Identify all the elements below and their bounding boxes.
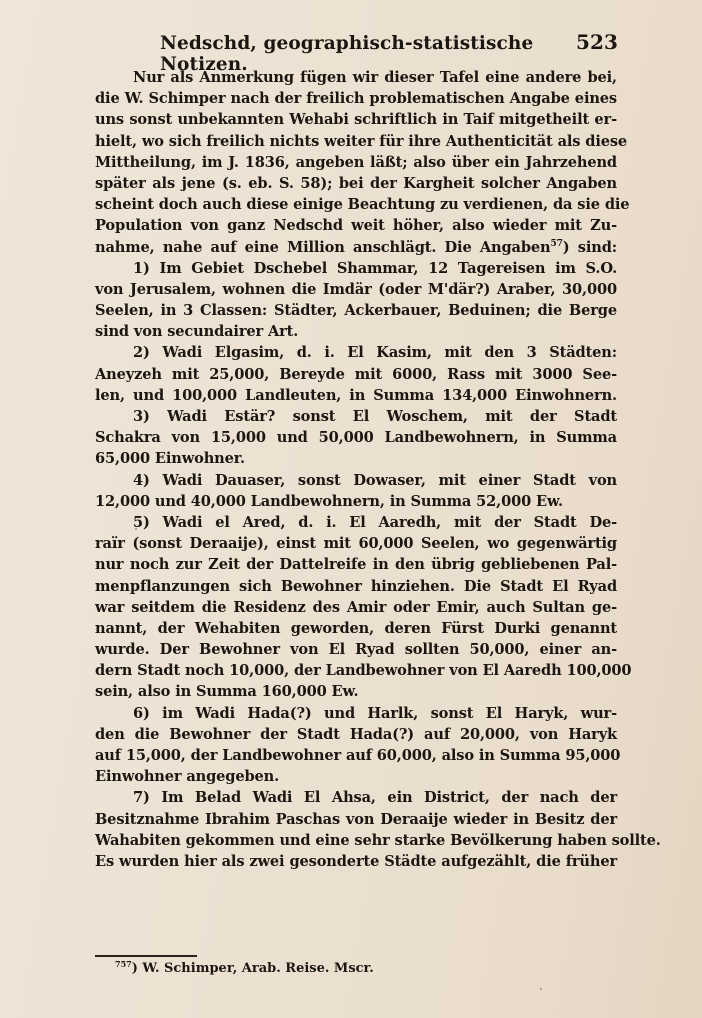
text-line: den die Bewohner der Stadt Hada(?) auf 2… [95,724,617,745]
text-line: nahme, nahe auf eine Million anschlägt. … [95,237,617,258]
text-line-content: menpflanzungen sich Bewohner hinziehen. … [95,578,617,595]
text-line-content: war seitdem die Residenz des Amir oder E… [95,599,617,616]
text-line-content: 4) Wadi Dauaser, sonst Dowaser, mit eine… [133,472,617,489]
text-line-content: nur noch zur Zeit der Dattelreife in den… [95,556,617,573]
footnote-reference: 57 [551,239,563,249]
text-line-content: auf 15,000, der Landbewohner auf 60,000,… [95,747,620,764]
text-line: Nur als Anmerkung fügen wir dieser Tafel… [95,67,617,88]
text-line-content: len, und 100,000 Landleuten, in Summa 13… [95,387,617,404]
text-line: sein, also in Summa 160,000 Ew. [95,681,617,702]
text-line-tail: ) sind: [563,239,617,256]
text-line-content: raïr (sonst Deraaije), einst mit 60,000 … [95,535,617,552]
text-line: Mittheilung, im J. 1836, angeben läßt; a… [95,152,617,173]
footnote: 757) W. Schimper, Arab. Reise. Mscr. [115,960,374,978]
text-line-content: 65,000 Einwohner. [95,450,245,467]
text-line: 2) Wadi Elgasim, d. i. El Kasim, mit den… [95,342,617,363]
text-line-content: hielt, wo sich freilich nichts weiter fü… [95,133,627,150]
text-line-content: Mittheilung, im J. 1836, angeben läßt; a… [95,154,617,171]
text-line: raïr (sonst Deraaije), einst mit 60,000 … [95,533,617,554]
page-number: 523 [576,30,618,54]
text-line-content: Nur als Anmerkung fügen wir dieser Tafel… [133,69,617,86]
text-line: dern Stadt noch 10,000, der Landbewohner… [95,660,617,681]
text-line-content: 5) Wadi el Ared, d. i. El Aaredh, mit de… [133,514,617,531]
text-line: Es wurden hier als zwei gesonderte Städt… [95,851,617,872]
text-line-content: später als jene (s. eb. S. 58); bei der … [95,175,617,192]
text-line: wurde. Der Bewohner von El Ryad sollten … [95,639,617,660]
text-line: hielt, wo sich freilich nichts weiter fü… [95,131,617,152]
text-line: nur noch zur Zeit der Dattelreife in den… [95,554,617,575]
text-line: 7) Im Belad Wadi El Ahsa, ein District, … [95,787,617,808]
text-line-content: Seelen, in 3 Classen: Städter, Ackerbaue… [95,302,617,319]
text-line-content: Einwohner angegeben. [95,768,279,785]
text-line: Einwohner angegeben. [95,766,617,787]
text-line: Seelen, in 3 Classen: Städter, Ackerbaue… [95,300,617,321]
text-line-content: nannt, der Wehabiten geworden, deren Für… [95,620,617,637]
paper-speck [224,66,225,67]
text-line-content: 6) im Wadi Hada(?) und Harlk, sonst El H… [133,705,617,722]
text-line: Aneyzeh mit 25,000, Bereyde mit 6000, Ra… [95,364,617,385]
text-line-content: Aneyzeh mit 25,000, Bereyde mit 6000, Ra… [95,366,617,383]
paper-speck [540,988,542,990]
text-line-content: von Jerusalem, wohnen die Imdär (oder M'… [95,281,617,298]
text-line-content: 1) Im Gebiet Dschebel Shammar, 12 Tagere… [133,260,617,277]
text-line: von Jerusalem, wohnen die Imdär (oder M'… [95,279,617,300]
text-line-content: 7) Im Belad Wadi El Ahsa, ein District, … [133,789,617,806]
text-line-content: sind von secundairer Art. [95,323,298,340]
text-line: 1) Im Gebiet Dschebel Shammar, 12 Tagere… [95,258,617,279]
text-line-content: 2) Wadi Elgasim, d. i. El Kasim, mit den… [133,344,617,361]
footnote-divider [95,955,197,957]
text-line: 6) im Wadi Hada(?) und Harlk, sonst El H… [95,703,617,724]
text-line: sind von secundairer Art. [95,321,617,342]
text-line: später als jene (s. eb. S. 58); bei der … [95,173,617,194]
text-line-content: Es wurden hier als zwei gesonderte Städt… [95,853,617,870]
text-line: Besitznahme Ibrahim Paschas von Deraaije… [95,809,617,830]
text-line: uns sonst unbekannten Wehabi schriftlich… [95,109,617,130]
text-line-content: dern Stadt noch 10,000, der Landbewohner… [95,662,631,679]
text-line-content: 12,000 und 40,000 Landbewohnern, in Summ… [95,493,563,510]
text-line: war seitdem die Residenz des Amir oder E… [95,597,617,618]
text-line-content: den die Bewohner der Stadt Hada(?) auf 2… [95,726,617,743]
text-line: len, und 100,000 Landleuten, in Summa 13… [95,385,617,406]
text-line-content: uns sonst unbekannten Wehabi schriftlich… [95,111,617,128]
text-line-content: die W. Schimper nach der freilich proble… [95,90,617,107]
paper-speck [135,528,137,530]
text-line: Schakra von 15,000 und 50,000 Landbewohn… [95,427,617,448]
text-line-content: Besitznahme Ibrahim Paschas von Deraaije… [95,811,617,828]
text-line: Wahabiten gekommen und eine sehr starke … [95,830,617,851]
text-line-content: 3) Wadi Estär? sonst El Woschem, mit der… [133,408,617,425]
text-line-content: nahme, nahe auf eine Million anschlägt. … [95,239,551,256]
body-text: Nur als Anmerkung fügen wir dieser Tafel… [95,67,617,872]
text-line: 65,000 Einwohner. [95,448,617,469]
text-line-content: sein, also in Summa 160,000 Ew. [95,683,358,700]
text-line: nannt, der Wehabiten geworden, deren Für… [95,618,617,639]
text-line: auf 15,000, der Landbewohner auf 60,000,… [95,745,617,766]
text-line: 4) Wadi Dauaser, sonst Dowaser, mit eine… [95,470,617,491]
text-line: 3) Wadi Estär? sonst El Woschem, mit der… [95,406,617,427]
text-line-content: scheint doch auch diese einige Beachtung… [95,196,629,213]
text-line: 5) Wadi el Ared, d. i. El Aaredh, mit de… [95,512,617,533]
text-line-content: Schakra von 15,000 und 50,000 Landbewohn… [95,429,617,446]
text-line-content: wurde. Der Bewohner von El Ryad sollten … [95,641,617,658]
text-line-content: Population von ganz Nedschd weit höher, … [95,217,617,234]
text-line-content: Wahabiten gekommen und eine sehr starke … [95,832,661,849]
text-line: menpflanzungen sich Bewohner hinziehen. … [95,576,617,597]
text-line: Population von ganz Nedschd weit höher, … [95,215,617,236]
footnote-marker: 757 [115,959,132,969]
text-line: die W. Schimper nach der freilich proble… [95,88,617,109]
book-page: Nedschd, geographisch-statistische Notiz… [0,0,702,1018]
text-line: 12,000 und 40,000 Landbewohnern, in Summ… [95,491,617,512]
footnote-text: ) W. Schimper, Arab. Reise. Mscr. [132,961,374,976]
text-line: scheint doch auch diese einige Beachtung… [95,194,617,215]
